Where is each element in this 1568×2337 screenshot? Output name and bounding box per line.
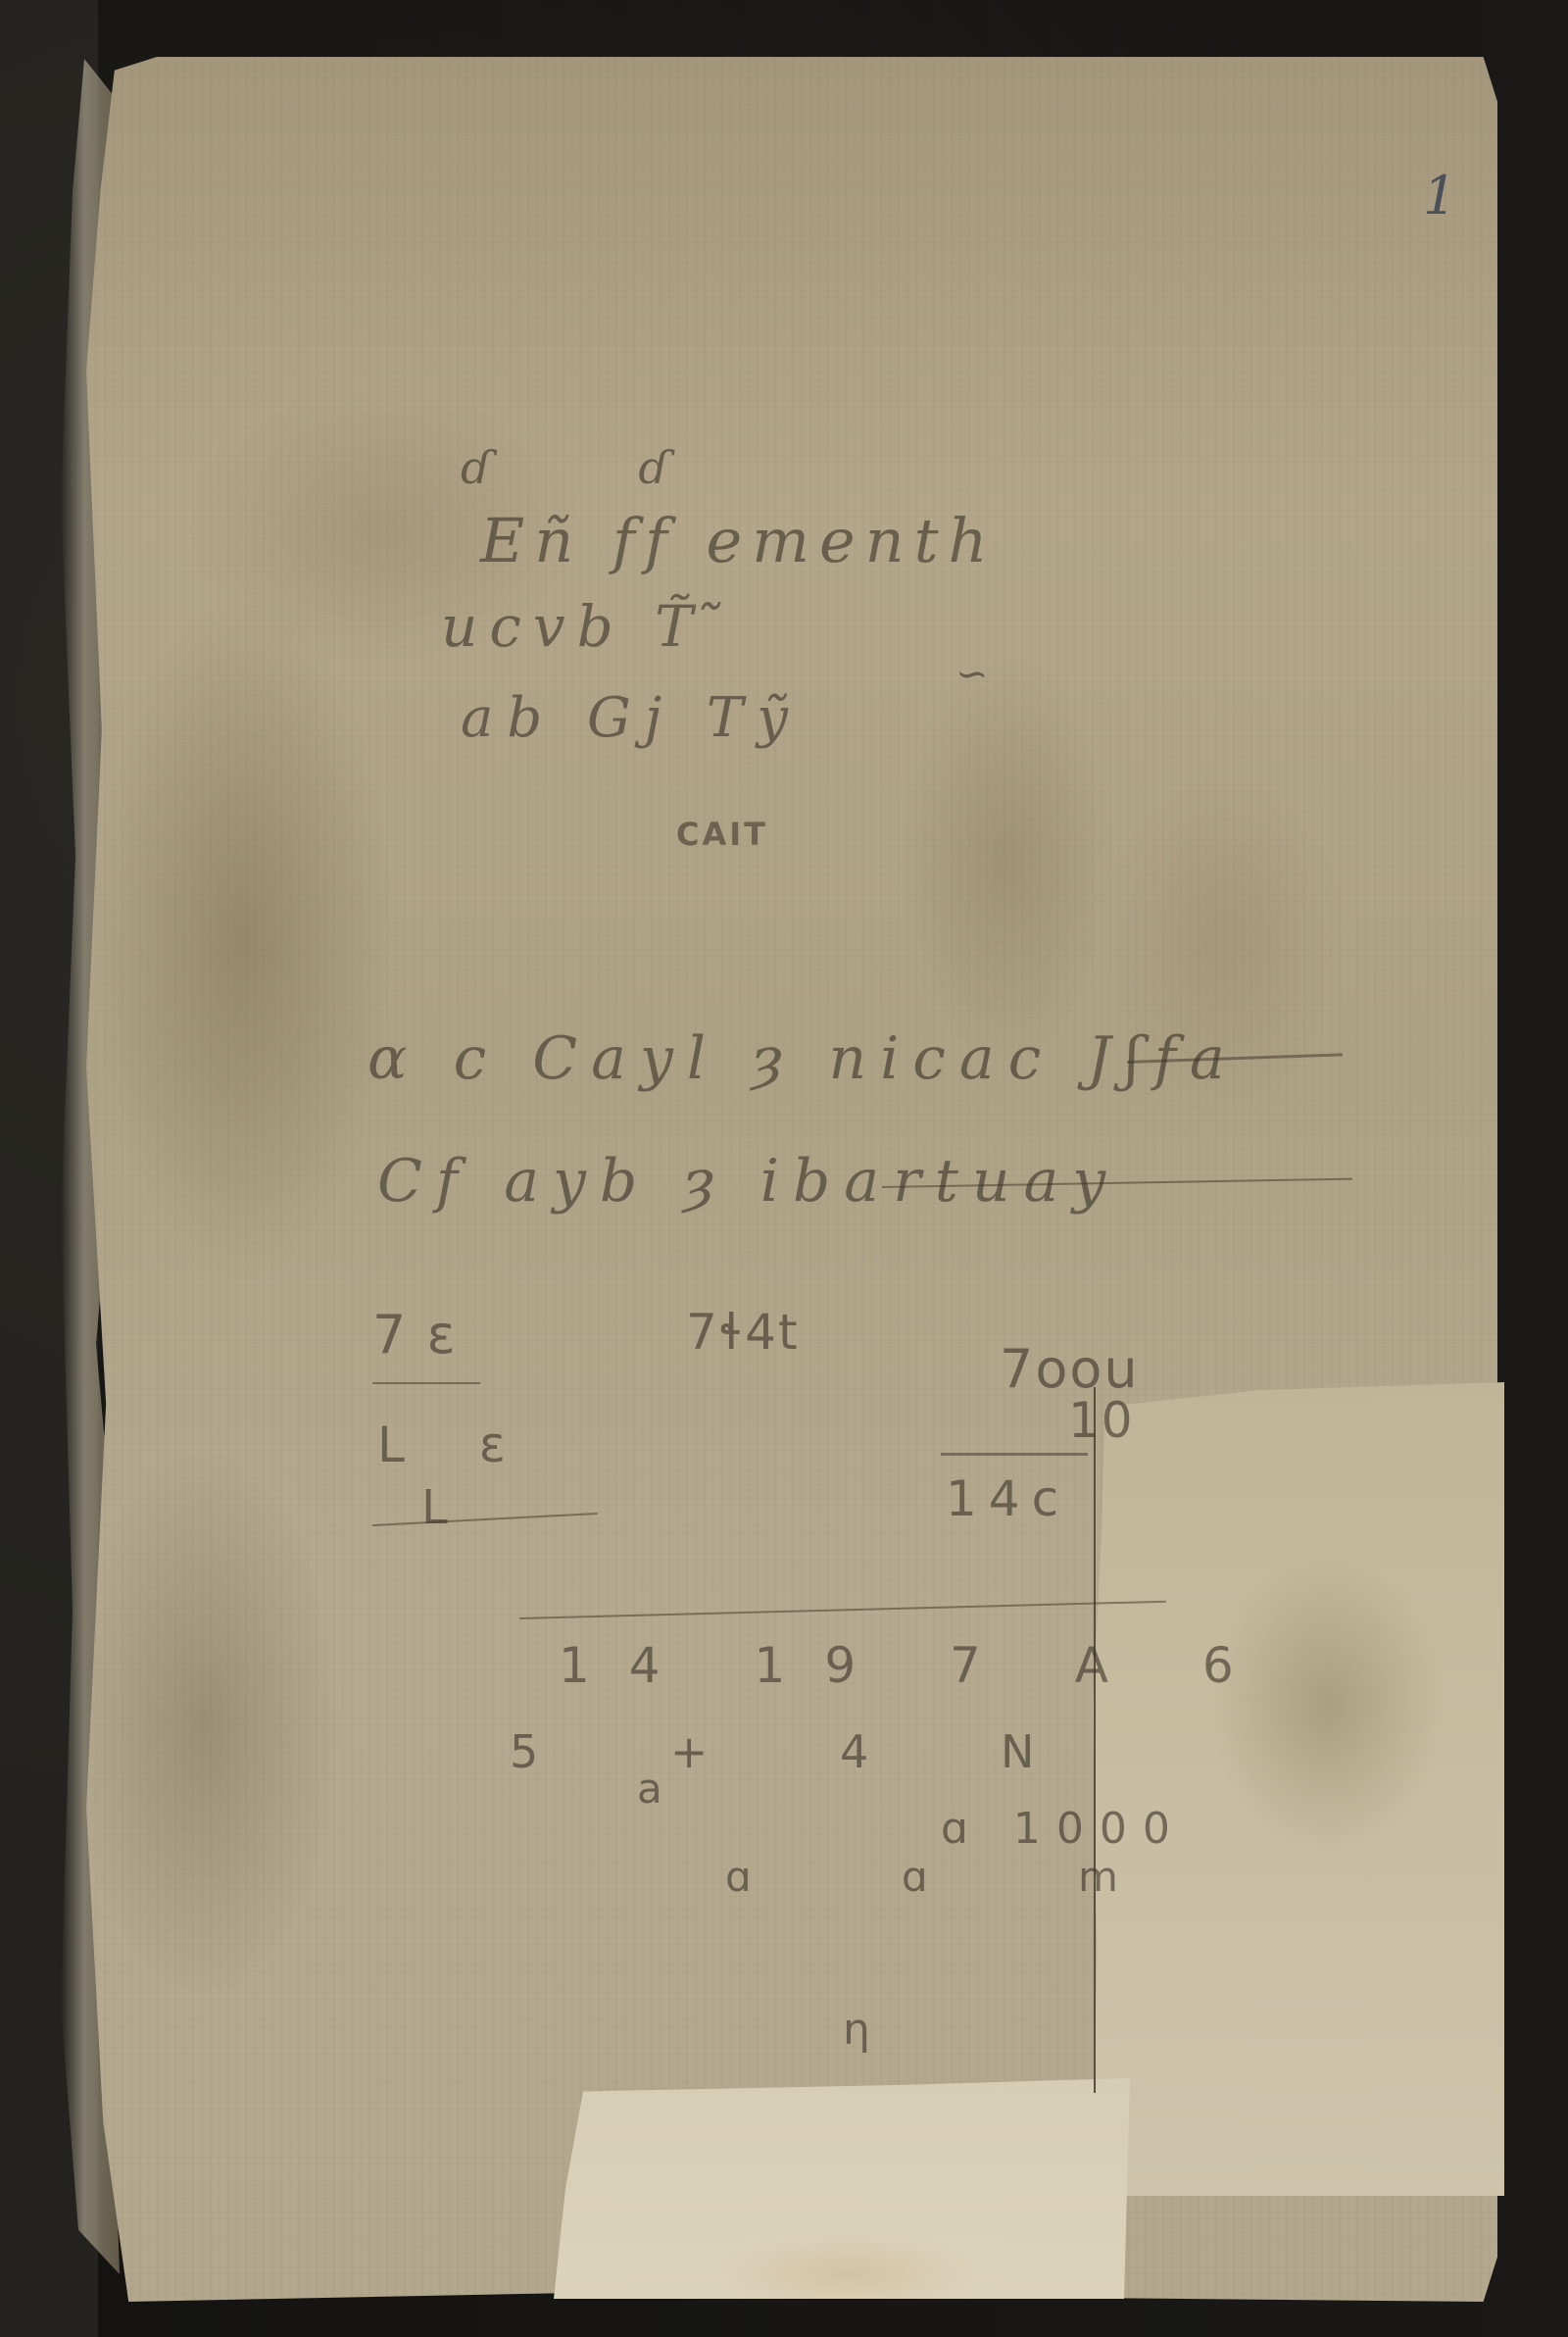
handwriting-line-2: ucvb T̃ ̃ xyxy=(441,593,734,660)
tally-col3-sub: 10 xyxy=(1068,1392,1135,1449)
tally-rule xyxy=(372,1382,480,1384)
handwriting-line-1: Eñ ff ementh xyxy=(480,505,997,576)
tally-col2-top: 7ɬ4t xyxy=(686,1304,800,1361)
tally-row-e: ɑ ɑ m xyxy=(725,1853,1187,1901)
tally-row-c: a xyxy=(637,1765,664,1813)
tally-row-a: 14 19 7 A 6 xyxy=(559,1637,1273,1694)
tally-row-b: 5 + 4 N xyxy=(510,1725,1093,1778)
tally-row-d: ɑ 1000 xyxy=(941,1804,1186,1854)
paper-repair-patch-right xyxy=(1093,1382,1504,2196)
patch-seam xyxy=(1094,1387,1096,2093)
handwriting-line-3: ab Gj Tỹ xyxy=(461,686,802,750)
paper-repair-patch-bottom xyxy=(554,2078,1142,2299)
superscript-mark: ɗ xyxy=(461,441,638,494)
tally-col3-mid: 14c xyxy=(946,1470,1070,1527)
tally-col1-top: 7 ɛ xyxy=(372,1304,458,1366)
handwriting-line-4: ɑ c Cayl ȝ nicac Jʃfa xyxy=(367,1024,1239,1093)
tally-row-f: η xyxy=(843,2005,872,2055)
handwriting-superscripts: ɗɗ xyxy=(461,441,816,494)
tally-col3-top: 7oou xyxy=(1000,1338,1140,1400)
superscript-mark: ɗ xyxy=(638,441,815,494)
tally-rule xyxy=(941,1453,1088,1456)
handwriting-flourish: ∽ xyxy=(955,652,991,697)
tally-col1-low: ᒪ xyxy=(421,1480,450,1535)
handwriting-line-5: Cf ayb ȝ ibartuay xyxy=(377,1147,1119,1216)
folio-number: 1 xyxy=(1423,165,1456,226)
stamp-text: CAIT xyxy=(676,816,768,853)
tally-col1-mid: ᒪ ɛ xyxy=(377,1417,535,1473)
